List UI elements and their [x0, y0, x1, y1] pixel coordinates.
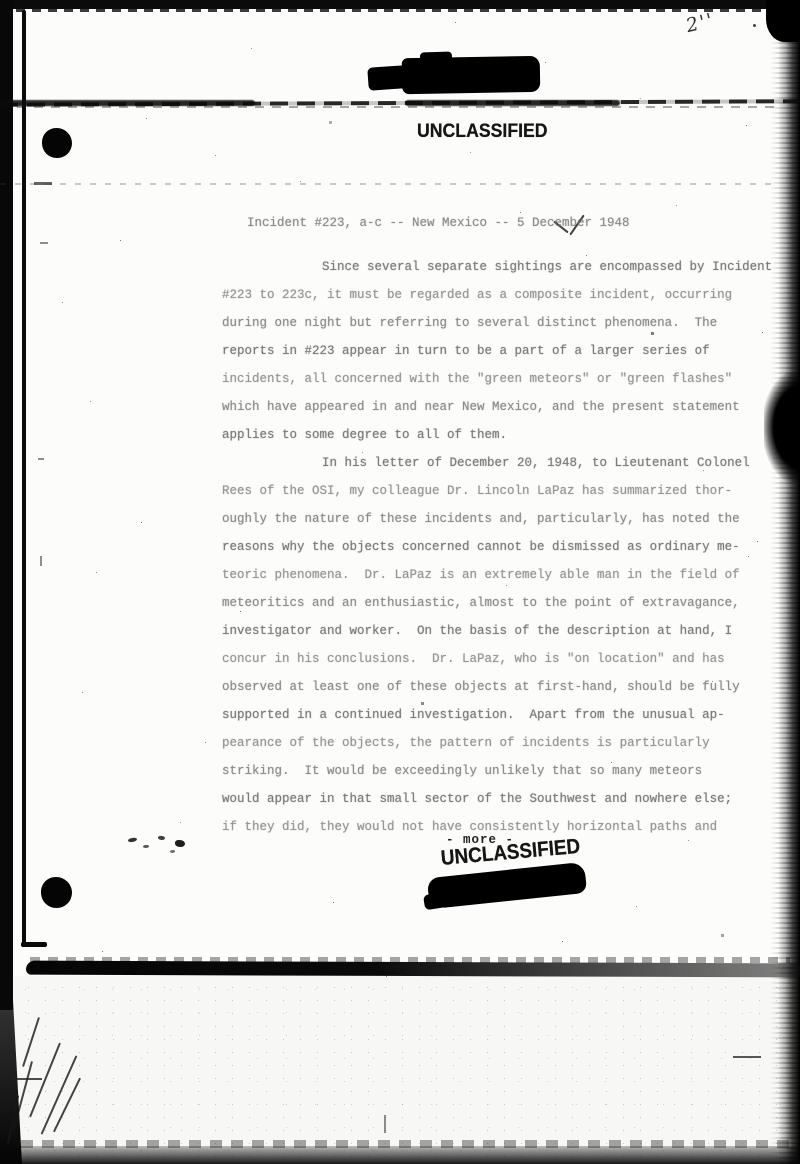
typewriter-line: Since several separate sightings are enc… — [222, 253, 788, 281]
typewriter-line: striking. It would be exceedingly unlike… — [222, 757, 788, 785]
redaction-mark-top-nub — [420, 51, 452, 64]
paragraph: Since several separate sightings are enc… — [222, 253, 788, 449]
pencil-dot — [753, 24, 756, 27]
ink-smudge — [128, 837, 137, 842]
typewriter-line: oughly the nature of these incidents and… — [222, 505, 788, 533]
typewriter-line: reports in #223 appear in turn to be a p… — [222, 337, 788, 365]
scan-bottom-edge-ragged — [0, 1140, 800, 1148]
typewriter-line: In his letter of December 20, 1948, to L… — [222, 449, 788, 477]
typewriter-line: observed at least one of these objects a… — [222, 673, 788, 701]
hole-punch-top — [42, 128, 72, 158]
binding-line-foot — [21, 942, 47, 947]
faint-crease-tick — [34, 182, 52, 185]
margin-tick — [38, 458, 44, 460]
redaction-mark-bottom-tail — [423, 891, 455, 911]
stray-mark — [384, 1115, 386, 1133]
scratch-line-echo — [0, 106, 780, 108]
ink-smudge — [175, 840, 185, 847]
margin-tick — [40, 242, 48, 244]
scan-left-edge — [0, 0, 13, 1010]
typewriter-line: applies to some degree to all of them. — [222, 421, 788, 449]
scan-top-right-blotch — [766, 0, 800, 42]
incident-heading: Incident #223, a-c -- New Mexico -- 5 De… — [247, 209, 788, 237]
redaction-mark-top-tail — [367, 64, 420, 91]
typewriter-line: reasons why the objects concerned cannot… — [222, 533, 788, 561]
stray-mark — [12, 1078, 42, 1080]
binding-line — [22, 10, 26, 946]
typewriter-text-block: Incident #223, a-c -- New Mexico -- 5 De… — [222, 209, 788, 841]
faint-crease-line — [0, 183, 772, 185]
typewriter-line: teoric phenomena. Dr. LaPaz is an extrem… — [222, 561, 788, 589]
scan-bottom-edge — [0, 1146, 800, 1164]
typewriter-line: Rees of the OSI, my colleague Dr. Lincol… — [222, 477, 788, 505]
page-bottom-edge — [26, 961, 800, 978]
hole-punch-bottom — [41, 877, 72, 908]
typewriter-line: incidents, all concerned with the "green… — [222, 365, 788, 393]
margin-tick — [40, 556, 42, 566]
ink-smudge — [143, 845, 149, 848]
typewriter-line: supported in a continued investigation. … — [222, 701, 788, 729]
stray-mark — [733, 1056, 761, 1058]
typewriter-line: would appear in that small sector of the… — [222, 785, 788, 813]
paragraph: In his letter of December 20, 1948, to L… — [222, 449, 788, 841]
ink-smudge — [170, 850, 175, 853]
scan-speckles — [0, 0, 1, 1]
typewriter-line: pearance of the objects, the pattern of … — [222, 729, 788, 757]
typewriter-line: meteoritics and an enthusiastic, almost … — [222, 589, 788, 617]
scanned-document-page: UNCLASSIFIED - more - UNCLASSIFIED 2'' I… — [0, 0, 800, 1164]
backing-sheet — [0, 976, 800, 1164]
typewriter-line: investigator and worker. On the basis of… — [222, 617, 788, 645]
scan-top-edge-ragged — [0, 8, 800, 12]
typewriter-line: #223 to 223c, it must be regarded as a c… — [222, 281, 788, 309]
unclassified-stamp-top: UNCLASSIFIED — [417, 121, 548, 143]
typewriter-line: which have appeared in and near New Mexi… — [222, 393, 788, 421]
handwritten-note: 2'' — [684, 9, 717, 37]
ink-smudge — [158, 835, 166, 840]
typewriter-line: concur in his conclusions. Dr. LaPaz, wh… — [222, 645, 788, 673]
typewriter-line: during one night but referring to severa… — [222, 309, 788, 337]
typewriter-line: if they did, they would not have consist… — [222, 813, 788, 841]
